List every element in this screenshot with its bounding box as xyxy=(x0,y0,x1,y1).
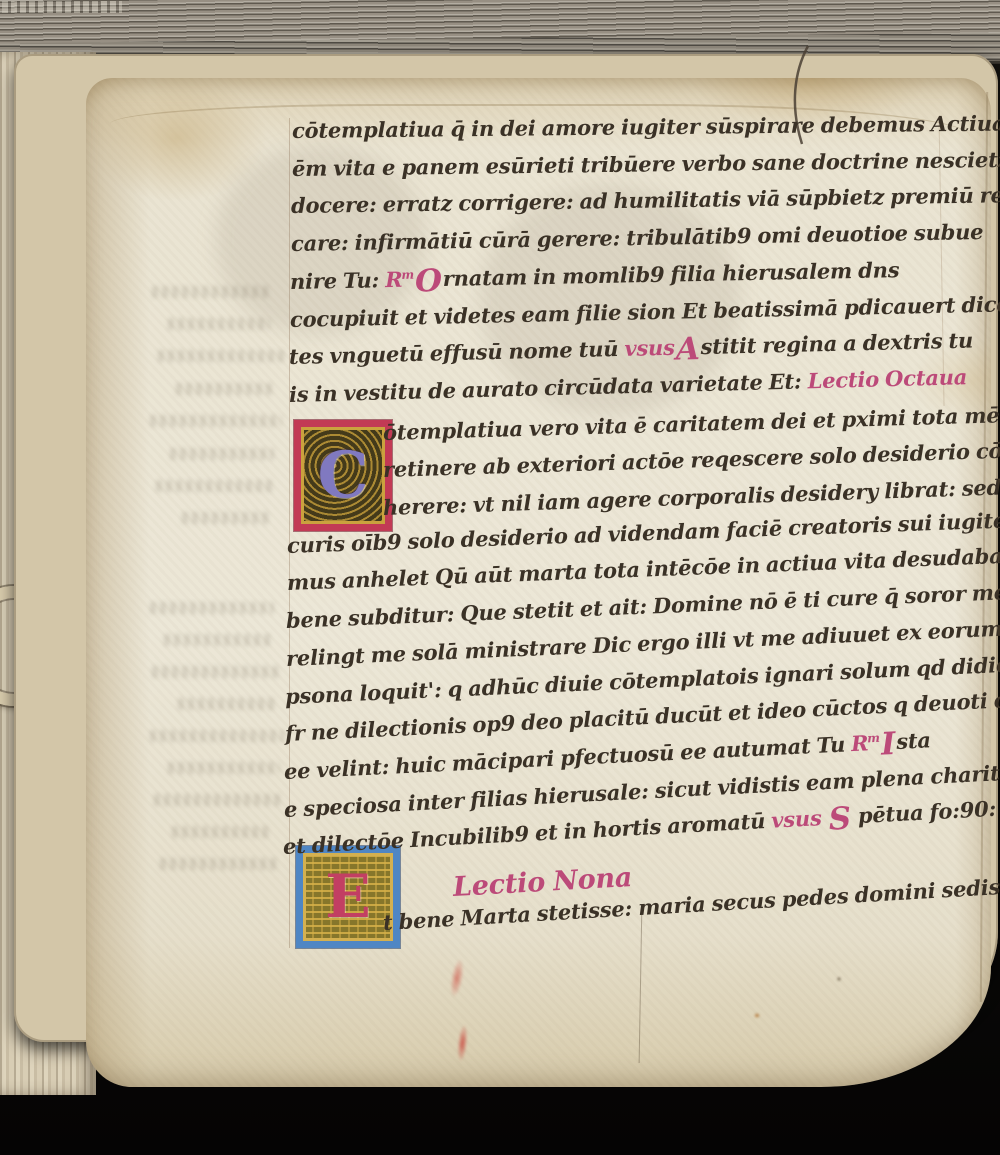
show-through-line xyxy=(150,602,274,614)
initial-c-letter: C xyxy=(318,438,369,513)
show-through-line xyxy=(176,383,272,395)
fore-edge-stamp xyxy=(2,1,122,13)
initial-e-ground: E xyxy=(303,853,393,941)
illuminated-initial-c: C xyxy=(294,420,392,531)
show-through-line xyxy=(160,858,278,870)
show-through-line xyxy=(172,826,272,838)
show-through-line xyxy=(164,634,274,646)
show-through-line xyxy=(158,350,284,362)
initial-c-ground: C xyxy=(301,427,385,524)
show-through-line xyxy=(150,730,284,742)
initial-e-letter: E xyxy=(325,862,371,932)
show-through-line xyxy=(154,794,280,806)
manuscript-photo: C E cōtemplatiua q̄ in dei amore iugiter… xyxy=(0,0,1000,1155)
show-through-line xyxy=(168,762,280,774)
show-through-line xyxy=(150,415,282,427)
show-through-line xyxy=(170,448,274,460)
ink-speck xyxy=(836,976,842,982)
show-through-line xyxy=(152,666,282,678)
show-through-line xyxy=(182,512,270,524)
show-through-line xyxy=(156,480,274,492)
show-through-line xyxy=(178,698,276,710)
rust-spot xyxy=(753,1012,761,1019)
show-through-line xyxy=(168,318,270,330)
show-through-line xyxy=(152,286,270,298)
